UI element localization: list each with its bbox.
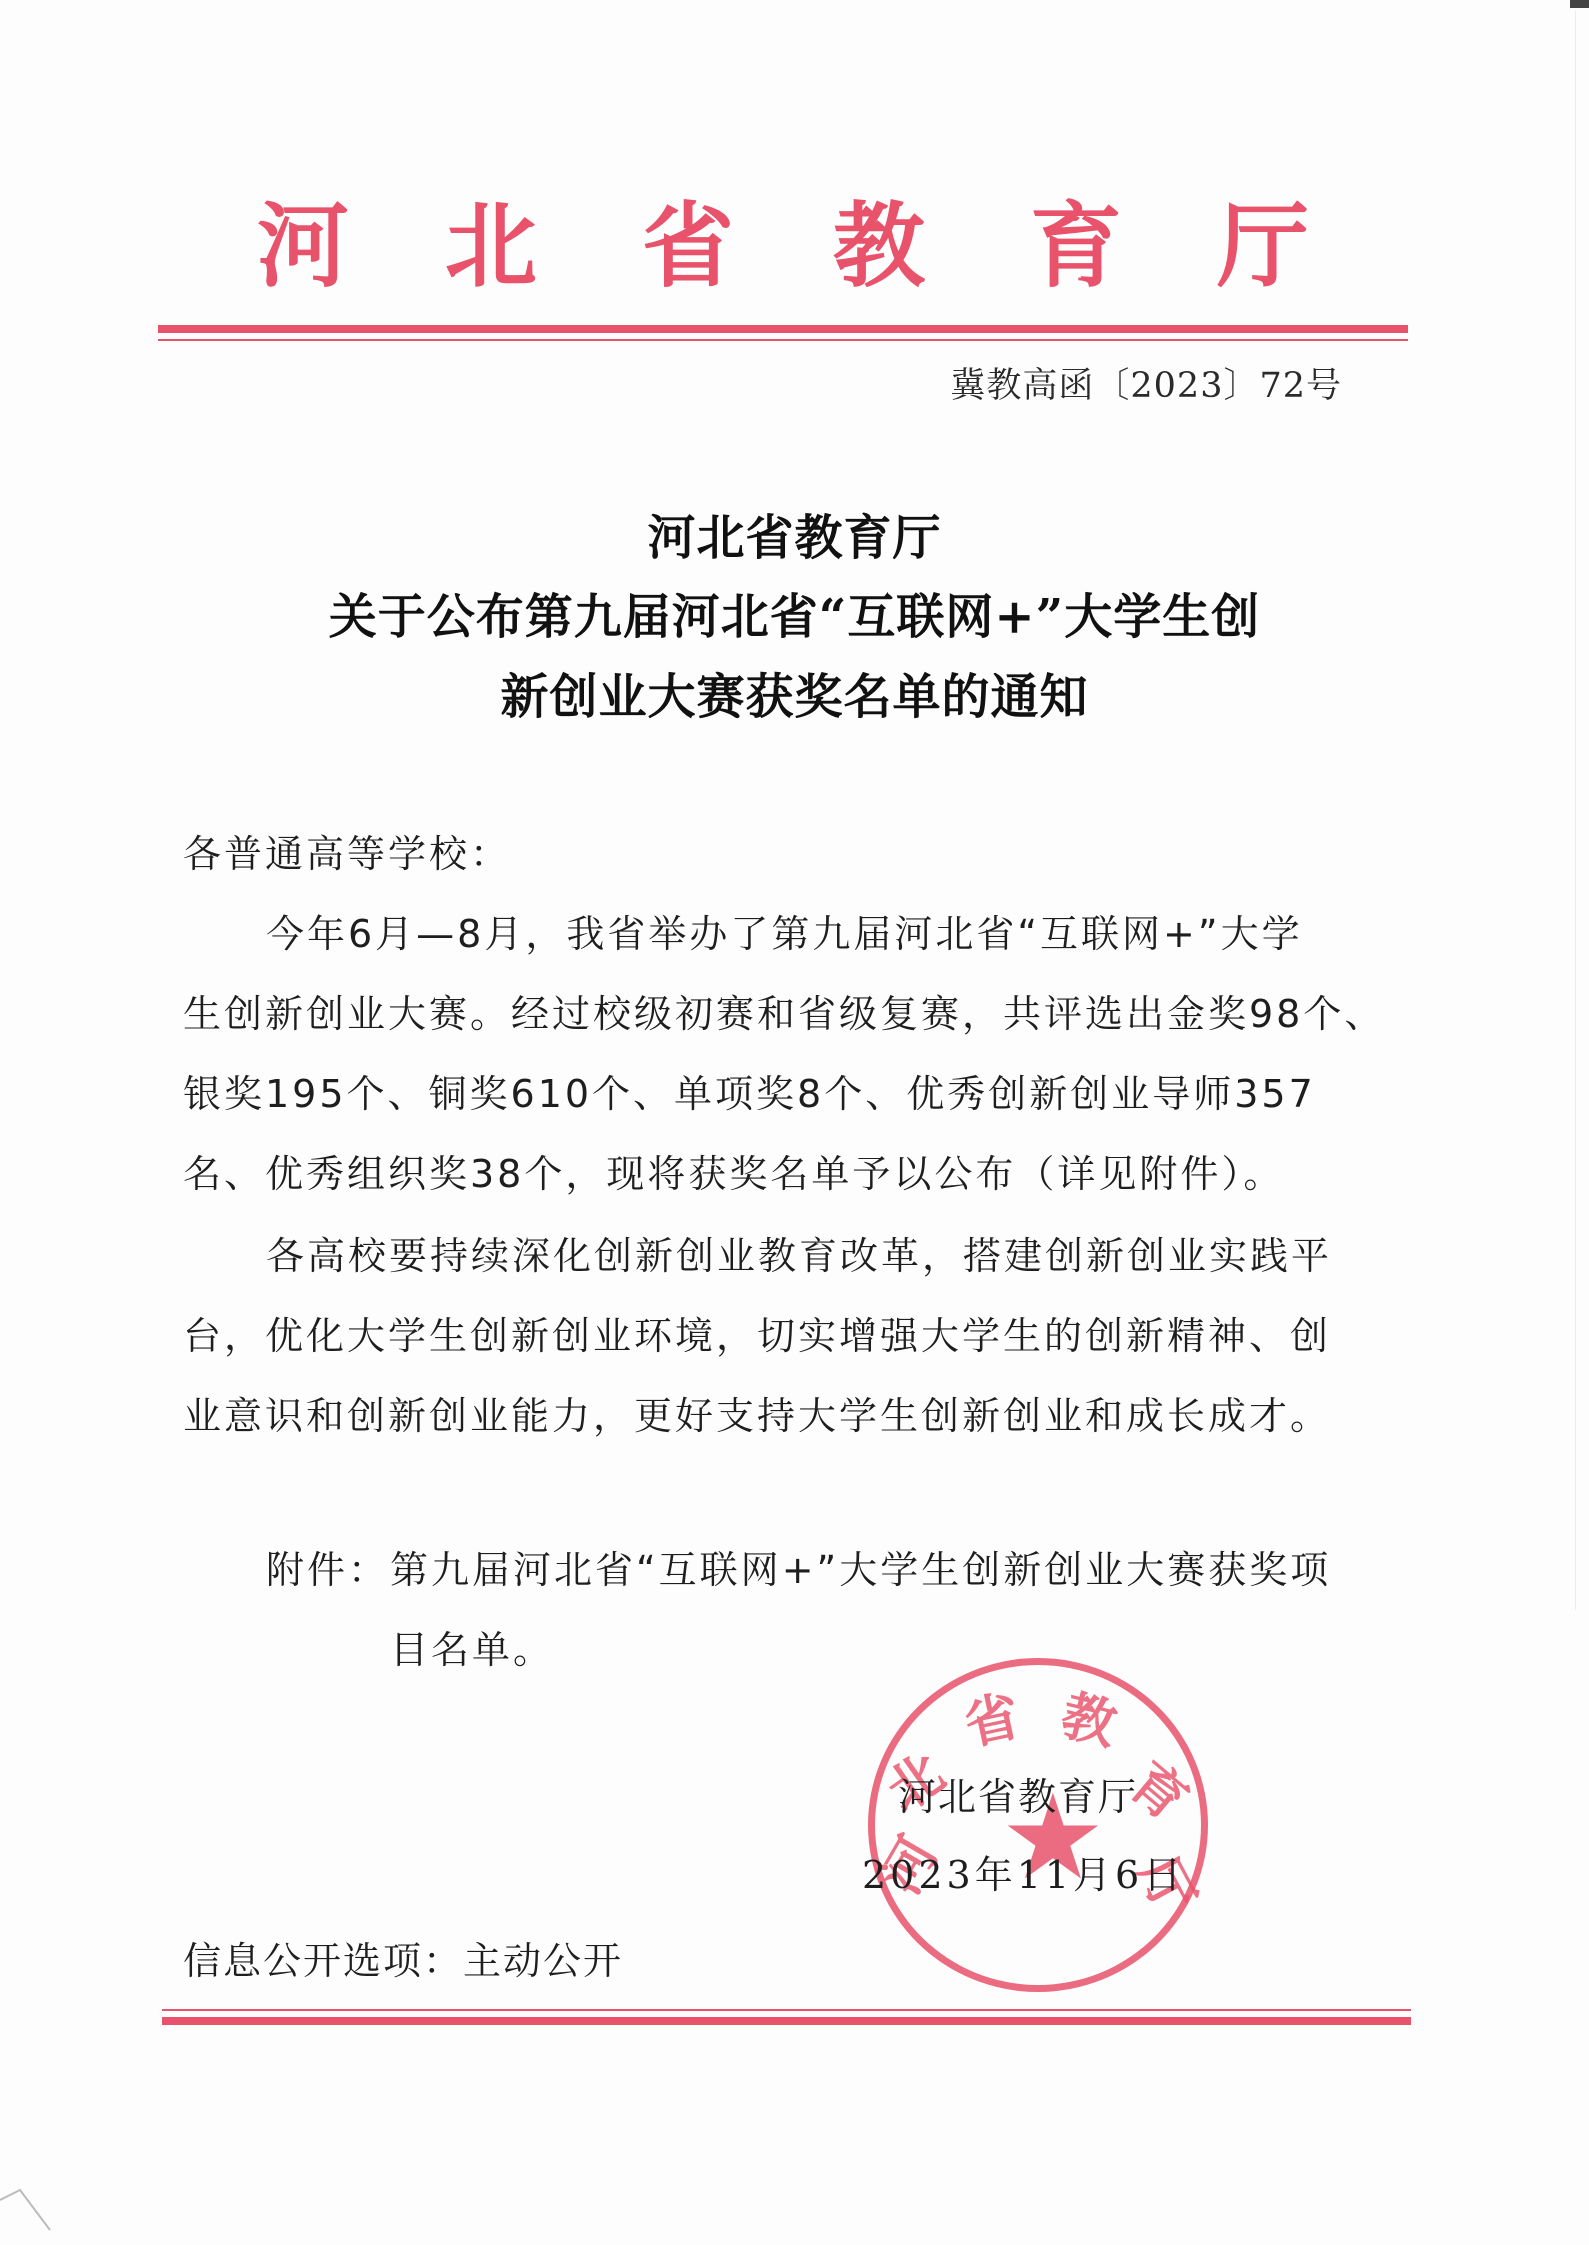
masthead-char: 北	[445, 196, 537, 296]
seal-char: 省	[960, 1688, 1024, 1752]
masthead-char: 省	[642, 196, 734, 296]
body-line: 今年6月—8月，我省举办了第九届河北省“互联网+”大学	[266, 910, 1303, 958]
footer-thick-rule	[162, 2017, 1411, 2025]
attachment-line: 目名单。	[390, 1626, 554, 1674]
masthead-char: 河	[257, 196, 349, 296]
body-line: 银奖195个、铜奖610个、单项奖8个、优秀创新创业导师357	[183, 1070, 1316, 1118]
attachment-line: 第九届河北省“互联网+”大学生创新创业大赛获奖项	[390, 1546, 1331, 1594]
attachment-label: 附件：	[266, 1546, 389, 1594]
title-line: 河北省教育厅	[0, 508, 1589, 568]
scan-fold-mark	[0, 2180, 60, 2245]
body-line: 名、优秀组织奖38个，现将获奖名单予以公布（详见附件）。	[183, 1150, 1284, 1198]
body-line: 台，优化大学生创新创业环境，切实增强大学生的创新精神、创	[183, 1312, 1331, 1360]
salutation: 各普通高等学校：	[183, 830, 511, 878]
masthead-char: 育	[1030, 196, 1122, 296]
body-line: 各高校要持续深化创新创业教育改革，搭建创新创业实践平	[266, 1232, 1332, 1280]
masthead-thin-rule	[158, 339, 1408, 341]
masthead-char: 厅	[1217, 196, 1309, 296]
issue-date: 2023年11月6日	[862, 1852, 1185, 1898]
issuer-name: 河北省教育厅	[898, 1774, 1138, 1820]
masthead-char: 教	[833, 196, 925, 296]
scan-corner-mark	[1570, 0, 1589, 8]
document-number: 冀教高函〔2023〕72号	[950, 364, 1342, 408]
disclosure-option: 信息公开选项：主动公开	[183, 1937, 623, 1985]
footer-thin-rule	[162, 2009, 1411, 2011]
body-line: 业意识和创新创业能力，更好支持大学生创新创业和成长成才。	[183, 1392, 1331, 1440]
scan-edge-line	[1575, 10, 1576, 1610]
masthead-thick-rule	[158, 325, 1408, 333]
title-line: 新创业大赛获奖名单的通知	[0, 667, 1589, 727]
body-line: 生创新创业大赛。经过校级初赛和省级复赛，共评选出金奖98个、	[183, 990, 1385, 1038]
title-line: 关于公布第九届河北省“互联网+”大学生创	[0, 587, 1589, 647]
